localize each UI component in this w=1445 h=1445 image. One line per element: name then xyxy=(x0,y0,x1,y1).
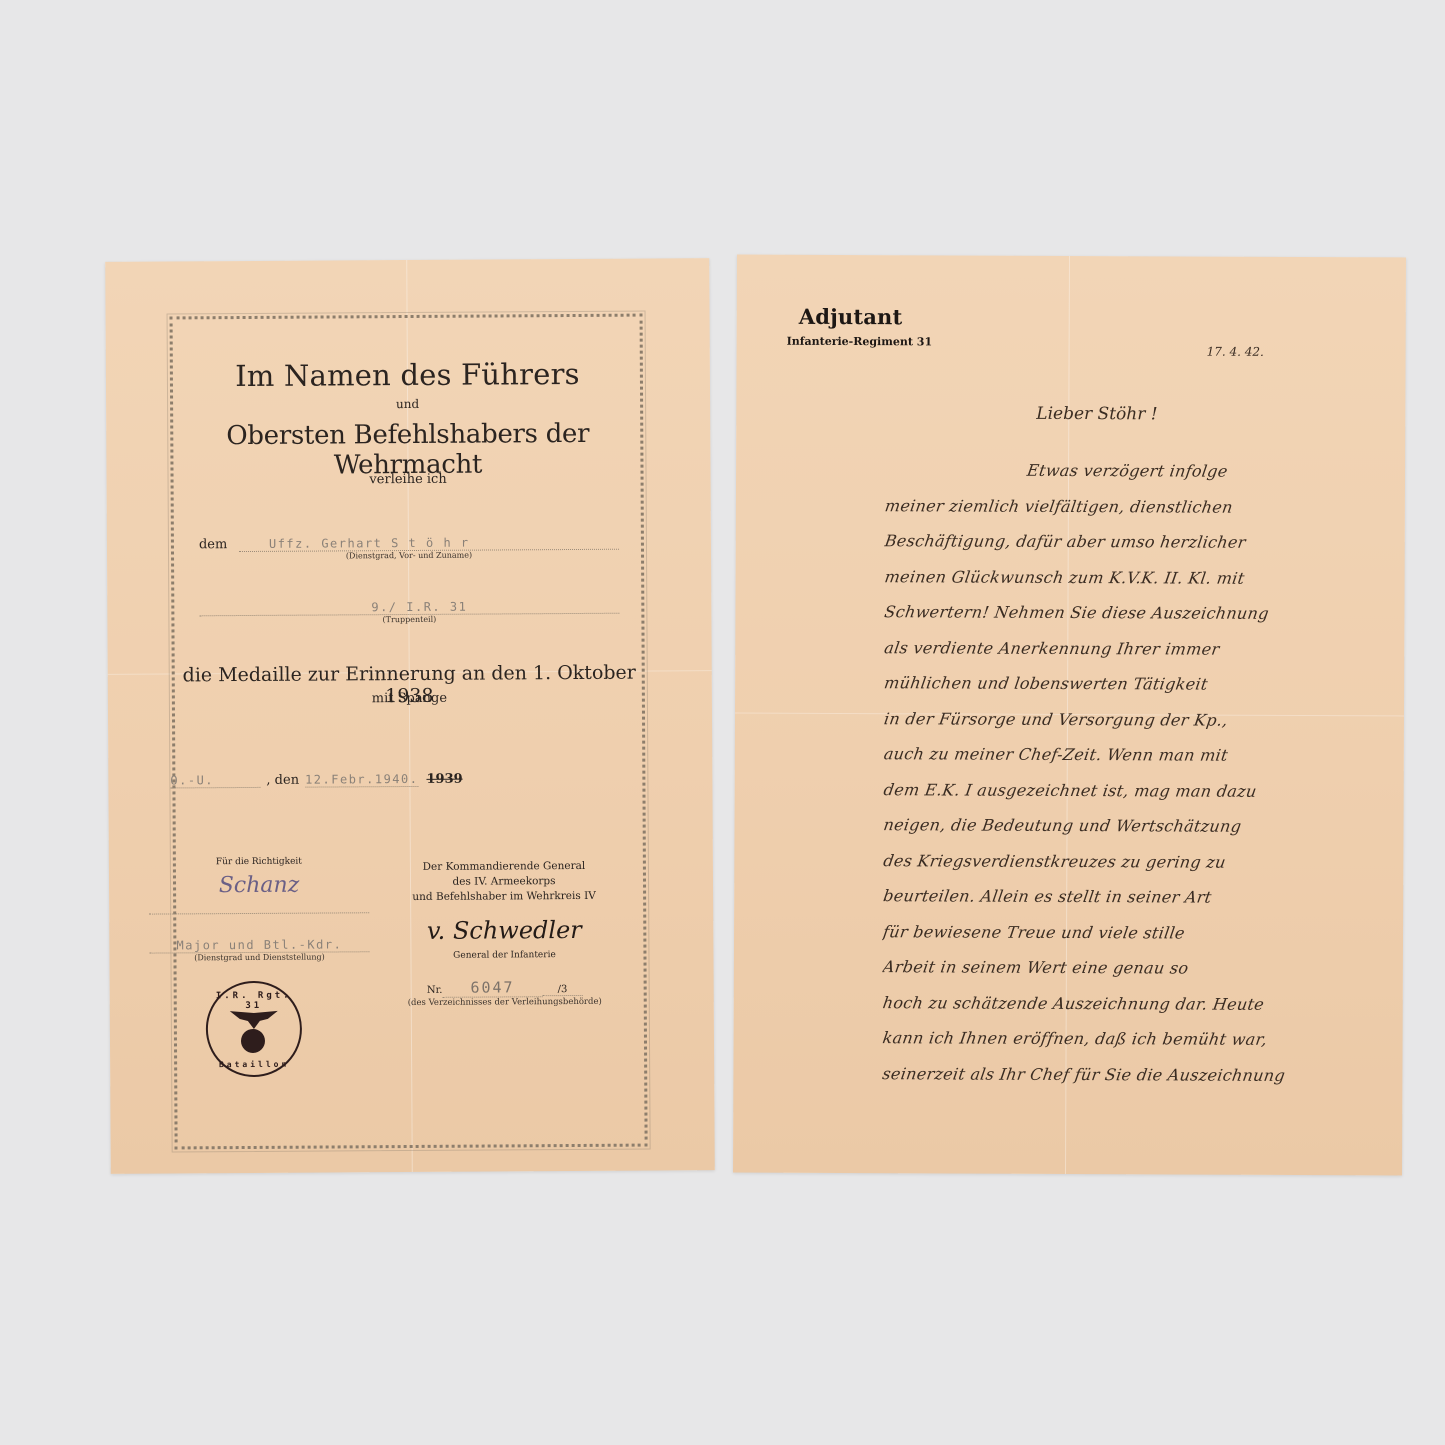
letter-line: dem E.K. I ausgezeichnet ist, mag man da… xyxy=(880,780,1365,818)
date-value: 12.Febr.1940. xyxy=(305,772,419,788)
letter-line: als verdiente Anerkennung Ihrer immer xyxy=(881,638,1366,676)
nr-suffix: /3 xyxy=(542,984,582,996)
letter-line: seinerzeit als Ihr Chef für Sie die Ausz… xyxy=(879,1064,1364,1102)
nr-label: Nr. xyxy=(427,985,443,996)
recipient-row: dem Uffz. Gerhart S t ö h r (Dienstgrad,… xyxy=(199,535,619,562)
recipient-name: Uffz. Gerhart S t ö h r xyxy=(239,535,619,552)
letter-line: Beschäftigung, dafür aber umso herzliche… xyxy=(881,531,1366,569)
eagle-emblem-icon xyxy=(226,1009,282,1029)
commander-line1: Der Kommandierende General xyxy=(389,859,619,875)
letter-line: beurteilen. Allein es stellt in seiner A… xyxy=(880,886,1365,924)
letter-line: mühlichen und lobenswerten Tätigkeit xyxy=(881,673,1366,711)
letter-line: Etwas verzögert infolge xyxy=(881,460,1366,498)
recipient-prefix: dem xyxy=(199,537,239,552)
stamp-bottom-text: Bataillon xyxy=(208,1060,300,1070)
letter-line: neigen, die Bedeutung und Wertschätzung xyxy=(880,815,1365,853)
award-clasp: mit Spange xyxy=(172,690,647,708)
letter-salutation: Lieber Stöhr ! xyxy=(1036,404,1157,425)
letter-date: 17. 4. 42. xyxy=(1207,345,1264,359)
unit-stamp: I.R. Rgt. 31 Bataillon xyxy=(206,981,303,1078)
letter-line: meinen Glückwunsch zum K.V.K. II. Kl. mi… xyxy=(881,567,1366,605)
certificate-title-line1: Im Namen des Führers xyxy=(170,357,645,394)
letter-line: Schwertern! Nehmen Sie diese Auszeichnun… xyxy=(881,602,1366,640)
den-label: , den xyxy=(266,773,299,788)
struck-year: 1939 xyxy=(426,772,462,787)
place-date-row: O.-U. , den 12.Febr.1940. 1939 xyxy=(170,772,462,789)
commander-signature: v. Schwedler xyxy=(389,916,619,945)
left-rank: Major und Btl.-Kdr. xyxy=(149,937,369,953)
letter-line: für bewiesene Treue und viele stille xyxy=(879,922,1364,960)
commander-line3: und Befehlshaber im Wehrkreis IV xyxy=(389,889,619,905)
award-certificate: Im Namen des Führers und Obersten Befehl… xyxy=(105,258,715,1174)
letterhead-title: Adjutant xyxy=(799,304,903,329)
letter-line: kann ich Ihnen eröffnen, daß ich bemüht … xyxy=(879,1028,1364,1066)
left-signature: Schanz xyxy=(149,866,369,914)
place-value: O.-U. xyxy=(170,773,260,789)
letter-body: Etwas verzögert infolge meiner ziemlich … xyxy=(881,460,1364,1101)
letter-line: hoch zu schätzende Auszeichnung dar. Heu… xyxy=(879,993,1364,1031)
handwritten-letter: Adjutant Infanterie-Regiment 31 17. 4. 4… xyxy=(733,255,1406,1176)
nr-caption: (des Verzeichnisses der Verleihungsbehör… xyxy=(390,997,620,1008)
commander-line2: des IV. Armeekorps xyxy=(389,874,619,890)
letter-line: meiner ziemlich vielfältigen, dienstlich… xyxy=(881,496,1366,534)
letter-line: des Kriegsverdienstkreuzes zu gering zu xyxy=(880,851,1365,889)
letter-line: auch zu meiner Chef-Zeit. Wenn man mit xyxy=(880,744,1365,782)
letter-line: in der Fürsorge und Versorgung der Kp., xyxy=(880,709,1365,747)
wreath-emblem-icon xyxy=(241,1029,265,1053)
certificate-verleihe: verleihe ich xyxy=(171,471,646,489)
verification-block: Für die Richtigkeit Schanz Major und Btl… xyxy=(149,856,370,962)
certificate-title-und: und xyxy=(170,396,645,413)
letter-line: Arbeit in seinem Wert eine genau so xyxy=(879,957,1364,995)
letterhead-subtitle: Infanterie-Regiment 31 xyxy=(787,335,933,349)
left-caption: (Dienstgrad und Dienststellung) xyxy=(149,952,369,962)
commander-title: General der Infanterie xyxy=(389,950,619,961)
unit-row: 9./ I.R. 31 (Truppenteil) xyxy=(199,599,619,626)
commander-block: Der Kommandierende General des IV. Armee… xyxy=(389,859,620,1008)
nr-value: 6047 xyxy=(442,978,542,998)
